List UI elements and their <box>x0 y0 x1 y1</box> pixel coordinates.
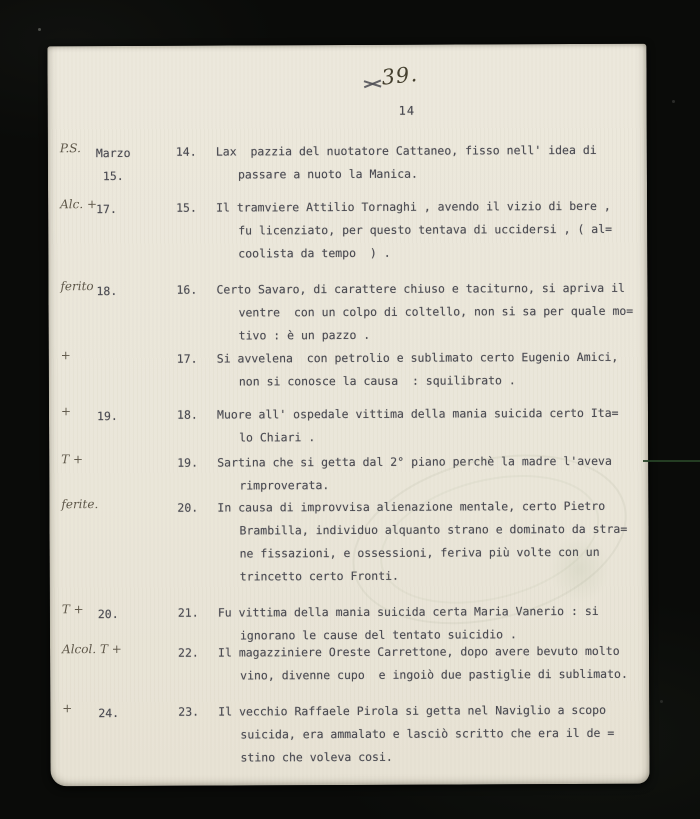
entry-row: + 17. Si avvelena con petrolio e sublima… <box>49 346 648 349</box>
entry-text: Si avvelena con petrolio e sublimato cer… <box>217 346 639 394</box>
date-label: 18. <box>96 280 156 303</box>
handwritten-page-number: 39. <box>381 67 419 86</box>
margin-annotation: + <box>61 348 151 363</box>
date-label: 24. <box>98 702 158 725</box>
entry-number: 15. <box>176 197 212 220</box>
entry-number: 16. <box>176 279 212 302</box>
entry-number: 18. <box>177 404 213 427</box>
entry-number: 21. <box>178 602 214 625</box>
margin-annotation: Alcol. T + <box>62 642 152 657</box>
date-label: Marzo 15. <box>96 142 156 188</box>
entry-text: Il vecchio Raffaele Pirola si getta nel … <box>218 699 640 770</box>
entry-number: 20. <box>177 497 213 520</box>
margin-annotation: T + <box>61 452 151 467</box>
entry-row: Alc. + 17. 15. Il tramviere Attilio Torn… <box>48 195 647 198</box>
date-label: 19. <box>97 405 157 428</box>
scan-smudge <box>550 534 610 604</box>
date-label: 20. <box>98 603 158 626</box>
entry-text: Il tramviere Attilio Tornaghi , avendo i… <box>216 195 638 266</box>
entry-text: Il magazziniere Oreste Carrettone, dopo … <box>218 640 640 688</box>
entry-row: Alcol. T + 22. Il magazziniere Oreste Ca… <box>50 640 649 643</box>
date-label: 17. <box>96 198 156 221</box>
entry-number: 22. <box>178 642 214 665</box>
scanned-page: 14 39. P.S. Marzo 15. 14. Lax pazzia del… <box>47 44 649 787</box>
entry-text: Certo Savaro, di carattere chiuso e taci… <box>216 277 638 348</box>
entry-number: 14. <box>176 141 212 164</box>
entry-number: 17. <box>177 348 213 371</box>
entry-row: P.S. Marzo 15. 14. Lax pazzia del nuotat… <box>48 139 647 142</box>
dust-speck <box>660 700 663 703</box>
entry-row: + 24. 23. Il vecchio Raffaele Pirola si … <box>50 699 649 702</box>
dust-speck <box>672 100 675 103</box>
scan-background: { "page": { "number_struck": "14", "numb… <box>0 0 700 819</box>
entry-row: T + 19. Sartina che si getta dal 2° pian… <box>49 450 648 453</box>
struck-page-number-text: 14 <box>399 104 416 118</box>
entry-text: Muore all' ospedale vittima della mania … <box>217 402 639 450</box>
entry-number: 23. <box>178 701 214 724</box>
scanner-artifact-line <box>643 460 700 462</box>
entry-text: Lax pazzia del nuotatore Cattaneo, fisso… <box>216 139 638 187</box>
margin-annotation: ferite. <box>61 497 151 512</box>
dust-speck <box>38 28 41 31</box>
entry-row: ferito 18. 16. Certo Savaro, di caratter… <box>48 277 647 280</box>
entry-number: 19. <box>177 452 213 475</box>
entry-row: + 19. 18. Muore all' ospedale vittima de… <box>49 402 648 405</box>
